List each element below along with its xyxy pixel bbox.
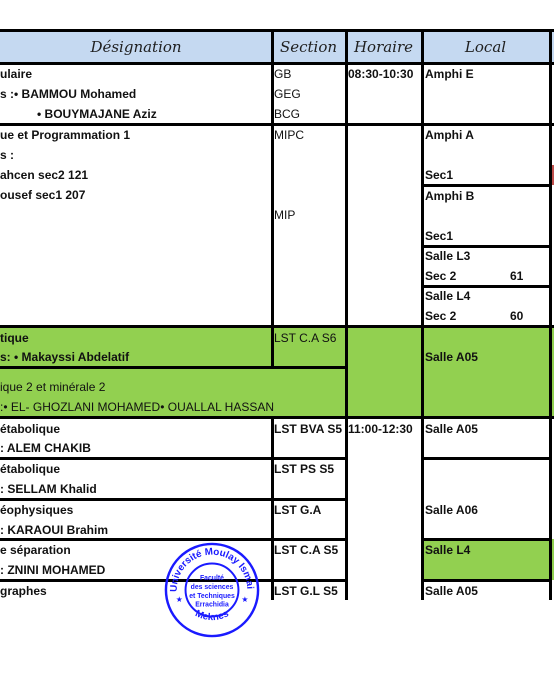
grid-line <box>422 579 552 582</box>
svg-text:Faculté: Faculté <box>200 575 224 582</box>
grid-line <box>0 62 554 65</box>
grid-line <box>422 457 552 460</box>
grid-line <box>0 325 554 328</box>
grid-line <box>345 29 348 600</box>
row3-local: Salle A05 <box>425 347 478 367</box>
row9-local: Salle A05 <box>425 581 478 601</box>
row1-designation-line1: ulaire <box>0 64 32 84</box>
row5-horaire: 11:00-12:30 <box>348 419 413 439</box>
row1-designation-line2: s :• BAMMOU Mohamed <box>0 84 136 104</box>
grid-line <box>422 285 552 288</box>
row6-section: LST PS S5 <box>274 459 334 479</box>
row3-designation-line2: s: • Makayssi Abdelatif <box>0 347 129 367</box>
row6-designation-line1: étabolique <box>0 459 60 479</box>
grid-line <box>549 29 552 600</box>
row2-designation-line2: s : <box>0 145 14 165</box>
row4-designation-line2: :• EL- GHOZLANI MOHAMED• OUALLAL HASSAN <box>0 397 274 417</box>
row3-section: LST C.A S6 <box>274 328 336 348</box>
row2-section-mip: MIP <box>274 205 295 225</box>
row1-section-geg: GEG <box>274 84 301 104</box>
row7-designation-line2: : KARAOUI Brahim <box>0 520 108 540</box>
svg-text:et Techniques: et Techniques <box>189 593 235 600</box>
row8-designation-line2: : ZNINI MOHAMED <box>0 560 105 580</box>
row2-local-salle-l3-count: 61 <box>510 266 523 286</box>
header-section-label: Section <box>280 38 337 56</box>
header-section: Section <box>272 30 345 63</box>
grid-line <box>271 29 274 338</box>
grid-line <box>422 538 552 541</box>
row3-designation-line1: tique <box>0 328 29 348</box>
row2-local-amphi-a-sec: Sec1 <box>425 165 453 185</box>
grid-line <box>0 498 348 501</box>
header-horaire: Horaire <box>345 30 422 63</box>
grid-line <box>0 123 554 126</box>
header-designation: Désignation <box>0 30 272 63</box>
svg-text:Meknes: Meknes <box>193 608 231 623</box>
grid-line <box>271 338 274 366</box>
row8-section: LST C.A S5 <box>274 540 338 560</box>
grid-line <box>271 416 274 600</box>
row2-section-mipc: MIPC <box>274 125 304 145</box>
row4-designation-line1: ique 2 et minérale 2 <box>0 377 105 397</box>
row9-section: LST G.L S5 <box>274 581 338 601</box>
svg-text:★: ★ <box>176 595 183 604</box>
row5-designation-line1: étabolique <box>0 419 60 439</box>
header-designation-label: Désignation <box>90 38 181 56</box>
row8-local: Salle L4 <box>425 540 470 560</box>
row6-designation-line2: : SELLAM Khalid <box>0 479 97 499</box>
grid-line <box>0 457 348 460</box>
row5-section: LST BVA S5 <box>274 419 342 439</box>
row2-local-amphi-b-sec: Sec1 <box>425 226 453 246</box>
row1-local: Amphi E <box>425 64 474 84</box>
row2-local-salle-l4-sec: Sec 2 <box>425 306 456 326</box>
row2-local-salle-l4-count: 60 <box>510 306 523 326</box>
grid-line <box>421 29 424 600</box>
row2-local-amphi-a: Amphi A <box>425 125 474 145</box>
row2-designation-line3: ahcen sec2 121 <box>0 165 88 185</box>
row9-designation-line1: graphes <box>0 581 47 601</box>
header-local-label: Local <box>465 38 506 56</box>
svg-text:★: ★ <box>241 595 248 604</box>
svg-text:des sciences: des sciences <box>191 584 234 591</box>
row2-local-amphi-b: Amphi B <box>425 186 474 206</box>
grid-line <box>422 184 552 187</box>
row1-section-bcg: BCG <box>274 104 300 124</box>
grid-line <box>271 366 274 369</box>
university-stamp-icon: Université Moulay Ismail Meknes Faculté … <box>163 541 261 639</box>
row5-local: Salle A05 <box>425 419 478 439</box>
row8-designation-line1: e séparation <box>0 540 71 560</box>
row5-designation-line2: : ALEM CHAKIB <box>0 438 91 458</box>
header-local: Local <box>422 30 549 63</box>
row2-local-salle-l4: Salle L4 <box>425 286 470 306</box>
row1-horaire: 08:30-10:30 <box>348 64 413 84</box>
row7-section: LST G.A <box>274 500 321 520</box>
grid-line <box>0 366 348 369</box>
row7-designation-line1: éophysiques <box>0 500 73 520</box>
row1-section-gb: GB <box>274 64 291 84</box>
row2-local-salle-l3: Salle L3 <box>425 246 470 266</box>
header-horaire-label: Horaire <box>354 38 413 56</box>
row1-designation-line3: • BOUYMAJANE Aziz <box>37 104 157 124</box>
row2-designation-line1: ue et Programmation 1 <box>0 125 130 145</box>
row2-local-salle-l3-sec: Sec 2 <box>425 266 456 286</box>
svg-text:Errachidia: Errachidia <box>195 602 229 609</box>
row2-designation-line4: ousef sec1 207 <box>0 185 85 205</box>
grid-line <box>422 245 552 248</box>
grid-line <box>0 29 554 32</box>
grid-line <box>0 416 554 419</box>
row7-local: Salle A06 <box>425 500 478 520</box>
